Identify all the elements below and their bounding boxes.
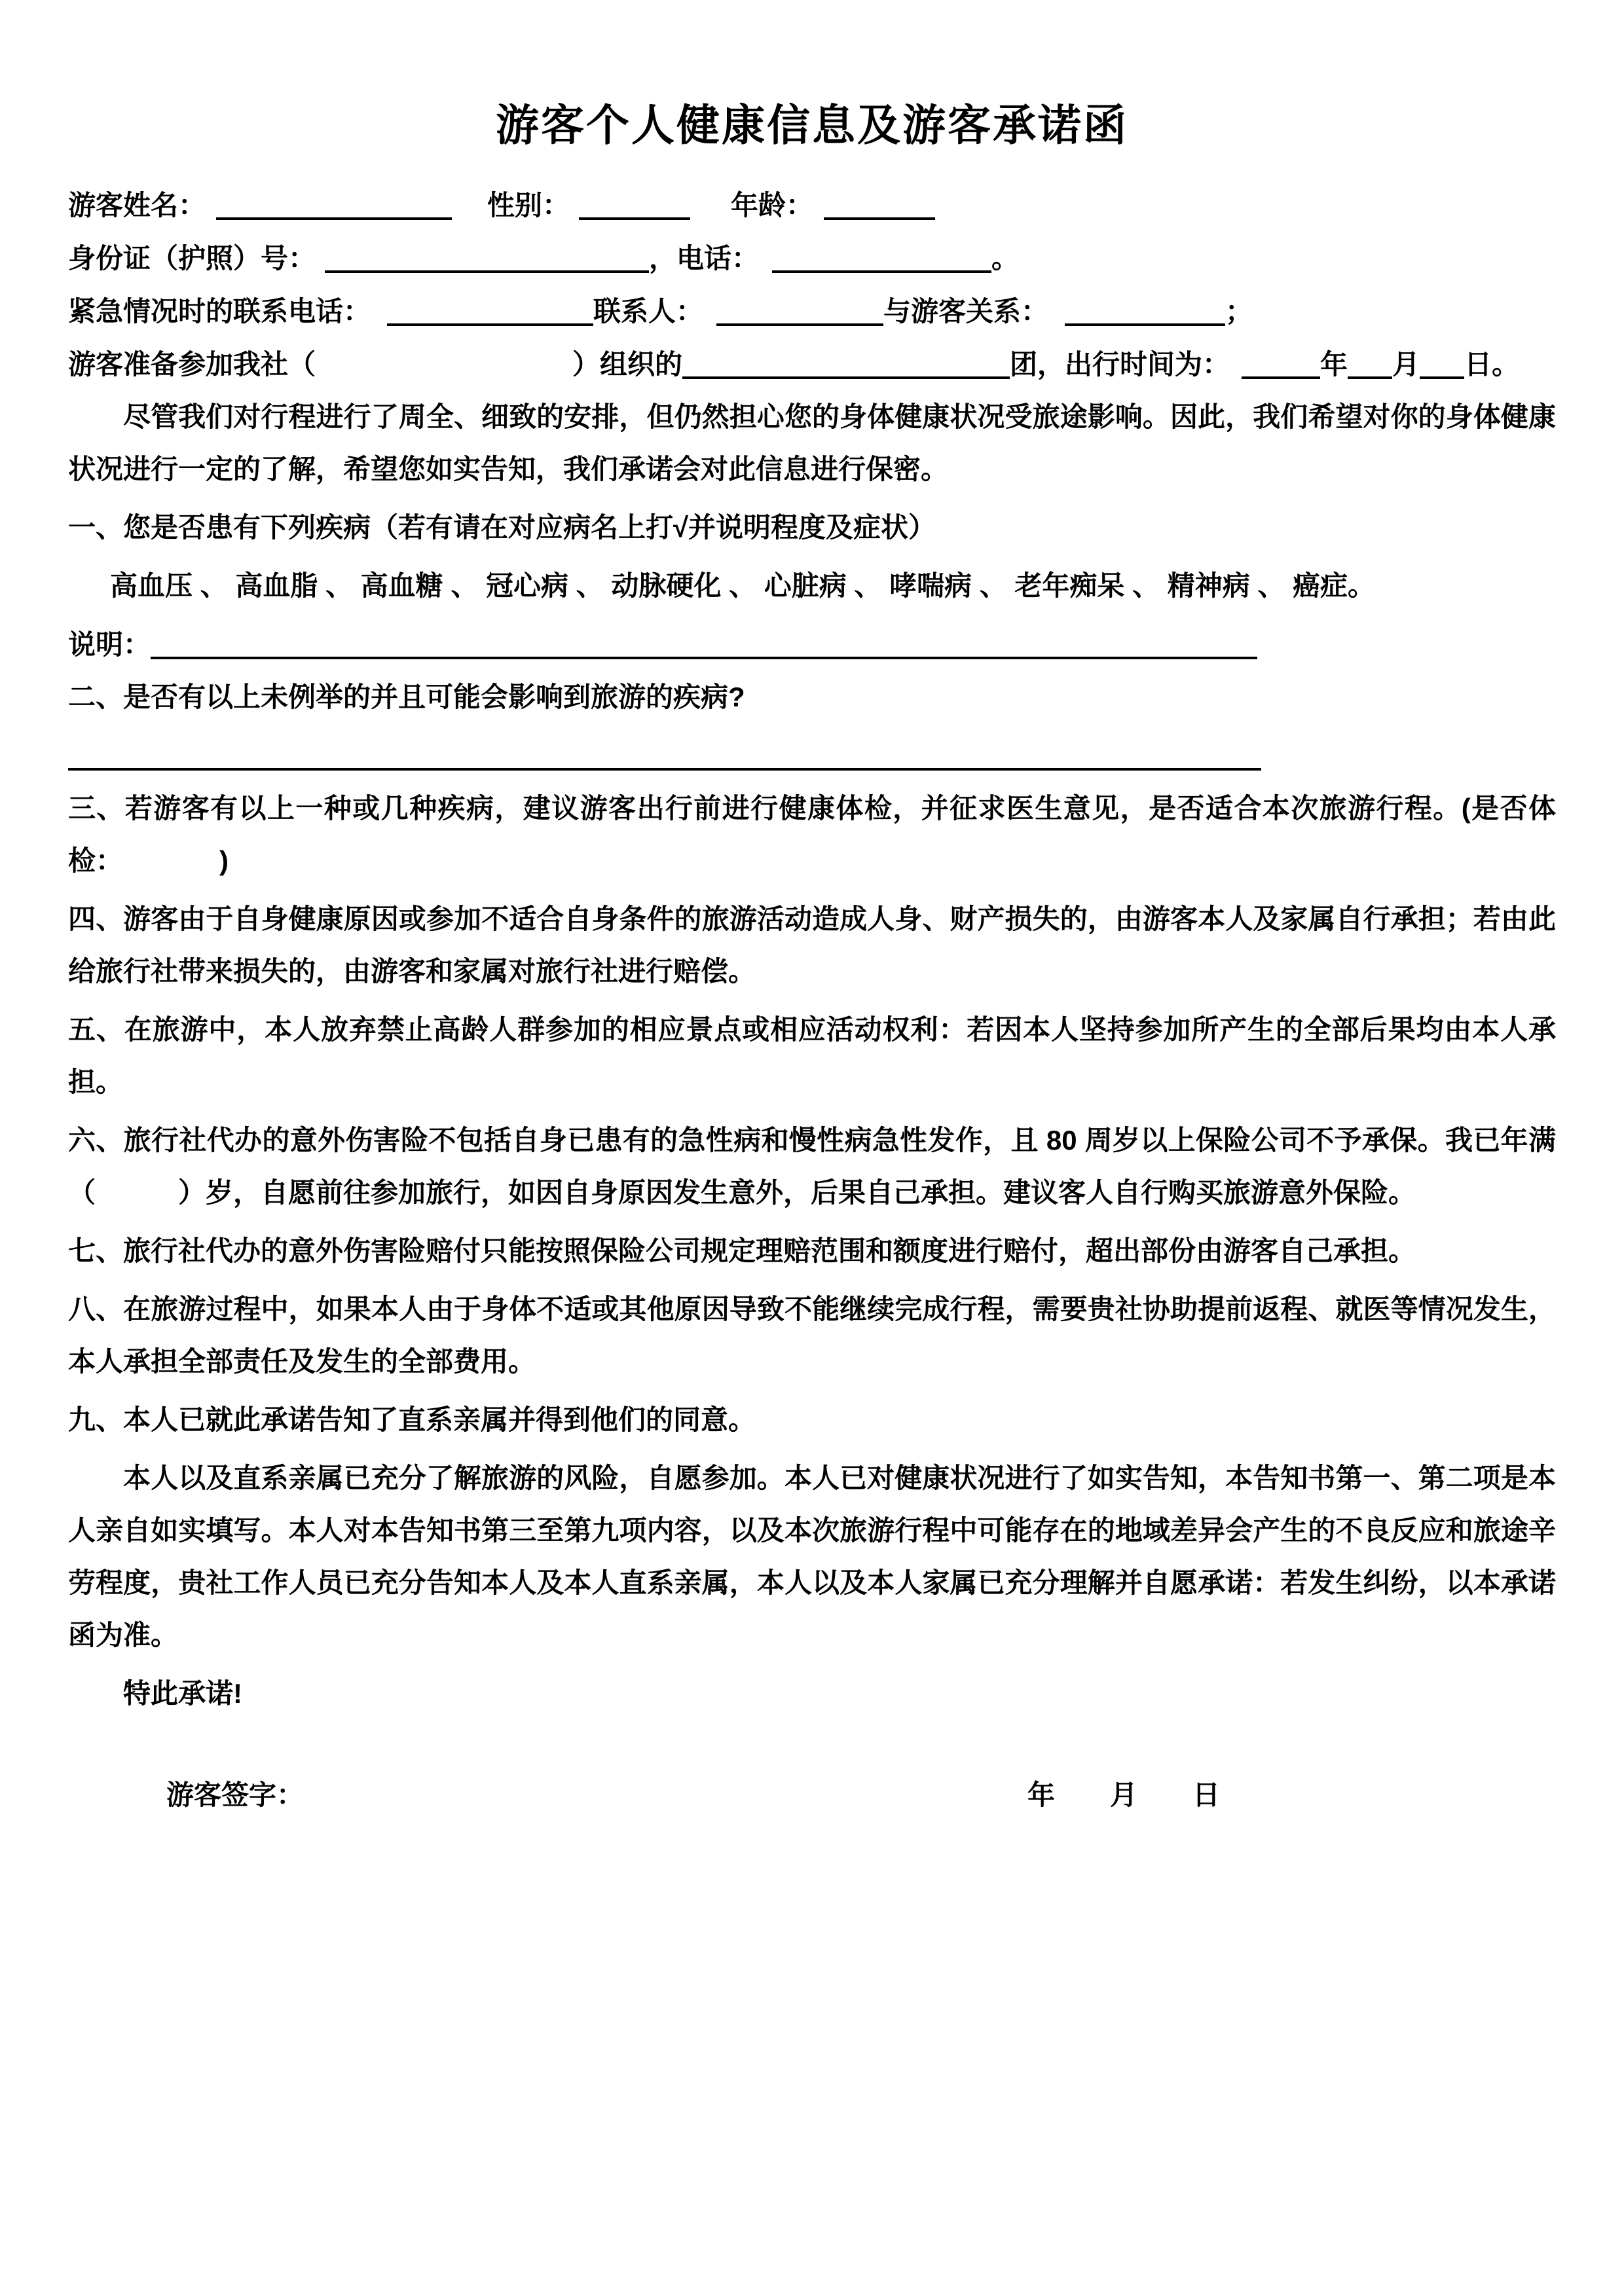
spacer — [759, 266, 772, 268]
emergency-phone-label: 紧急情况时的联系电话： — [68, 296, 371, 327]
signature-row: 游客签字：年 月 日 — [68, 1768, 1556, 1821]
agency-name-space — [316, 373, 572, 374]
spacer — [703, 319, 716, 321]
phone-label: ，电话： — [649, 243, 759, 274]
traveler-name-label: 游客姓名： — [68, 190, 206, 221]
date-label: 年 月 日 — [1027, 1779, 1220, 1810]
period-mark: 。 — [991, 243, 1019, 274]
clause-4: 四、游客由于自身健康原因或参加不适合自身条件的旅游活动造成人身、财产损失的，由游… — [68, 893, 1556, 998]
spacer — [206, 213, 216, 215]
clause-8: 八、在旅游过程中，如果本人由于身体不适或其他原因导致不能继续完成行程，需要贵社协… — [68, 1283, 1556, 1388]
explanation-line: 说明： — [68, 618, 1556, 671]
clause-9: 九、本人已就此承诺告知了直系亲属并得到他们的同意。 — [68, 1394, 1556, 1446]
gender-label: 性别： — [487, 190, 570, 221]
form-line-traveler-info: 游客姓名：性别：年龄： — [68, 179, 1556, 232]
day-blank — [1420, 349, 1464, 379]
commitment-line: 特此承诺! — [68, 1667, 1556, 1720]
clause-5: 五、在旅游中，本人放弃禁止高龄人群参加的相应景点或相应活动权利：若因本人坚持参加… — [68, 1004, 1556, 1108]
spacer — [304, 1803, 1027, 1804]
tour-name-blank — [682, 349, 1010, 379]
clause-2: 二、是否有以上未例举的并且可能会影响到旅游的疾病? — [68, 671, 1556, 723]
signature-label: 游客签字： — [166, 1779, 304, 1810]
disease-list: 高血压 、 高血脂 、 高血糖 、 冠心病 、 动脉硬化 、 心脏病 、 哮喘病… — [68, 560, 1556, 612]
spacer — [570, 213, 579, 215]
spacer — [1048, 319, 1065, 321]
phone-blank — [772, 243, 991, 273]
year-blank — [1242, 349, 1320, 379]
spacer — [690, 213, 731, 215]
id-number-label: 身份证（护照）号： — [68, 243, 316, 274]
contact-name-blank — [716, 296, 883, 326]
emergency-phone-blank — [387, 296, 593, 326]
explanation-blank — [151, 629, 1257, 659]
document-page: 游客个人健康信息及游客承诺函 游客姓名：性别：年龄： 身份证（护照）号：，电话：… — [0, 0, 1624, 2296]
relation-blank — [1065, 296, 1225, 326]
form-line-emergency-contact: 紧急情况时的联系电话：联系人：与游客关系：； — [68, 285, 1556, 338]
clause2-answer-blank — [68, 740, 1261, 771]
age-blank — [824, 190, 935, 220]
day-label: 日。 — [1464, 349, 1519, 380]
semicolon-mark: ； — [1225, 296, 1253, 327]
clause-3: 三、若游客有以上一种或几种疾病，建议游客出行前进行健康体检，并征求医生意见，是否… — [68, 782, 1556, 887]
year-label: 年 — [1320, 349, 1348, 380]
age-label: 年龄： — [731, 190, 813, 221]
spacer — [813, 213, 824, 215]
form-line-id-phone: 身份证（护照）号：，电话：。 — [68, 232, 1556, 285]
explanation-label: 说明： — [68, 629, 151, 660]
form-line-tour-info: 游客准备参加我社（）组织的团，出行时间为：年月日。 — [68, 338, 1556, 391]
relation-label: 与游客关系： — [883, 296, 1048, 327]
answer-blank-line — [68, 729, 1556, 782]
document-title: 游客个人健康信息及游客承诺函 — [68, 95, 1556, 155]
agency-label: 游客准备参加我社（ — [68, 349, 316, 380]
closing-paragraph: 本人以及直系亲属已充分了解旅游的风险，自愿参加。本人已对健康状况进行了如实告知，… — [68, 1452, 1556, 1662]
spacer — [371, 319, 387, 321]
departure-time-label: 团，出行时间为： — [1010, 349, 1230, 380]
clause-7: 七、旅行社代办的意外伤害险赔付只能按照保险公司规定理赔范围和额度进行赔付，超出部… — [68, 1225, 1556, 1277]
spacer — [1230, 373, 1242, 374]
paragraph-intro: 尽管我们对行程进行了周全、细致的安排，但仍然担心您的身体健康状况受旅途影响。因此… — [68, 391, 1556, 496]
clause-6: 六、旅行社代办的意外伤害险不包括自身已患有的急性病和慢性病急性发作，且 80 周… — [68, 1114, 1556, 1219]
gender-blank — [579, 190, 690, 220]
id-number-blank — [325, 243, 649, 273]
organized-label: ）组织的 — [572, 349, 682, 380]
traveler-name-blank — [216, 190, 452, 220]
month-label: 月 — [1392, 349, 1420, 380]
contact-name-label: 联系人： — [593, 296, 703, 327]
spacer — [68, 1803, 166, 1804]
clause-1: 一、您是否患有下列疾病（若有请在对应病名上打√并说明程度及症状） — [68, 501, 1556, 554]
spacer — [316, 266, 325, 268]
spacer — [452, 213, 487, 215]
month-blank — [1348, 349, 1392, 379]
